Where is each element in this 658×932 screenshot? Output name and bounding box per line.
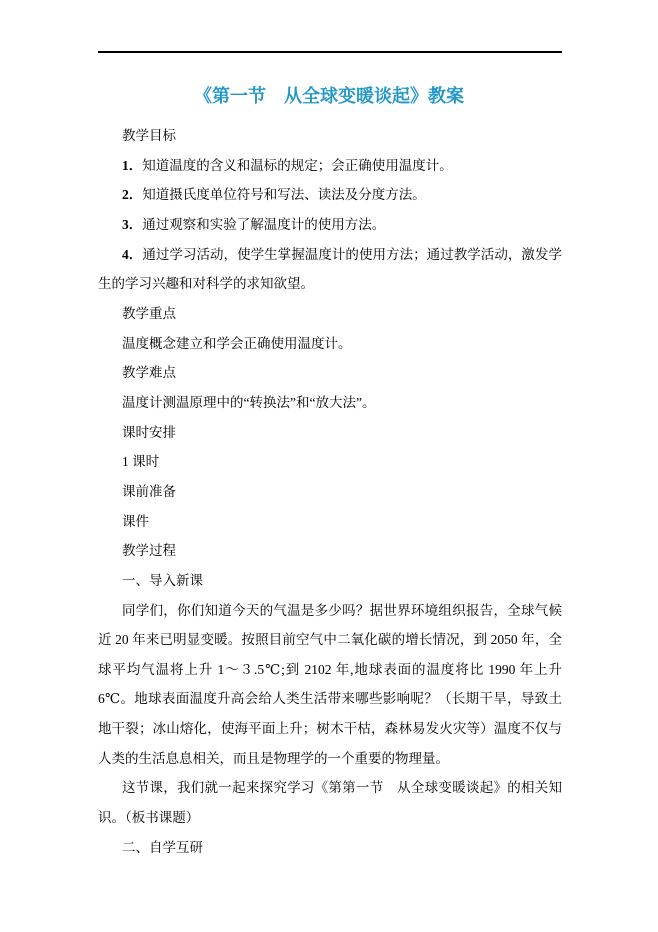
- paragraph-heading: 一、导入新课: [98, 566, 562, 596]
- header-rule: [98, 51, 562, 53]
- paragraph-heading: 二、自学互研: [98, 833, 562, 863]
- paragraph-heading: 教学过程: [98, 536, 562, 566]
- paragraph-heading: 教学难点: [98, 358, 562, 388]
- paragraph-body: 温度概念建立和学会正确使用温度计。: [98, 329, 562, 359]
- paragraph-heading: 课时安排: [98, 418, 562, 448]
- document-page: 《第一节 从全球变暖谈起》教案 教学目标1．知道温度的含义和温标的规定；会正确使…: [0, 0, 658, 932]
- paragraph-list-item: 4．通过学习活动，使学生掌握温度计的使用方法；通过教学活动，激发学生的学习兴趣和…: [98, 240, 562, 299]
- paragraph-list-item: 1．知道温度的含义和温标的规定；会正确使用温度计。: [98, 151, 562, 181]
- document-title: 《第一节 从全球变暖谈起》教案: [0, 84, 658, 108]
- list-number: 4．: [122, 247, 142, 262]
- paragraph-heading: 教学目标: [98, 121, 562, 151]
- paragraph-body: 课件: [98, 507, 562, 537]
- paragraph-list-item: 2．知道摄氏度单位符号和写法、读法及分度方法。: [98, 180, 562, 210]
- paragraph-list-item: 3．通过观察和实验了解温度计的使用方法。: [98, 210, 562, 240]
- paragraph-body: 这节课，我们就一起来探究学习《第第一节 从全球变暖谈起》的相关知识。（板书课题）: [98, 773, 562, 832]
- paragraph-body: 1 课时: [98, 447, 562, 477]
- list-number: 3．: [122, 217, 142, 232]
- list-number: 1．: [122, 158, 142, 173]
- paragraph-heading: 教学重点: [98, 299, 562, 329]
- paragraph-heading: 课前准备: [98, 477, 562, 507]
- paragraph-body: 温度计测温原理中的“转换法”和“放大法”。: [98, 388, 562, 418]
- document-body: 教学目标1．知道温度的含义和温标的规定；会正确使用温度计。2．知道摄氏度单位符号…: [98, 121, 562, 862]
- paragraph-body: 同学们，你们知道今天的气温是多少吗？据世界环境组织报告，全球气候近 20 年来已…: [98, 596, 562, 774]
- list-number: 2．: [122, 187, 142, 202]
